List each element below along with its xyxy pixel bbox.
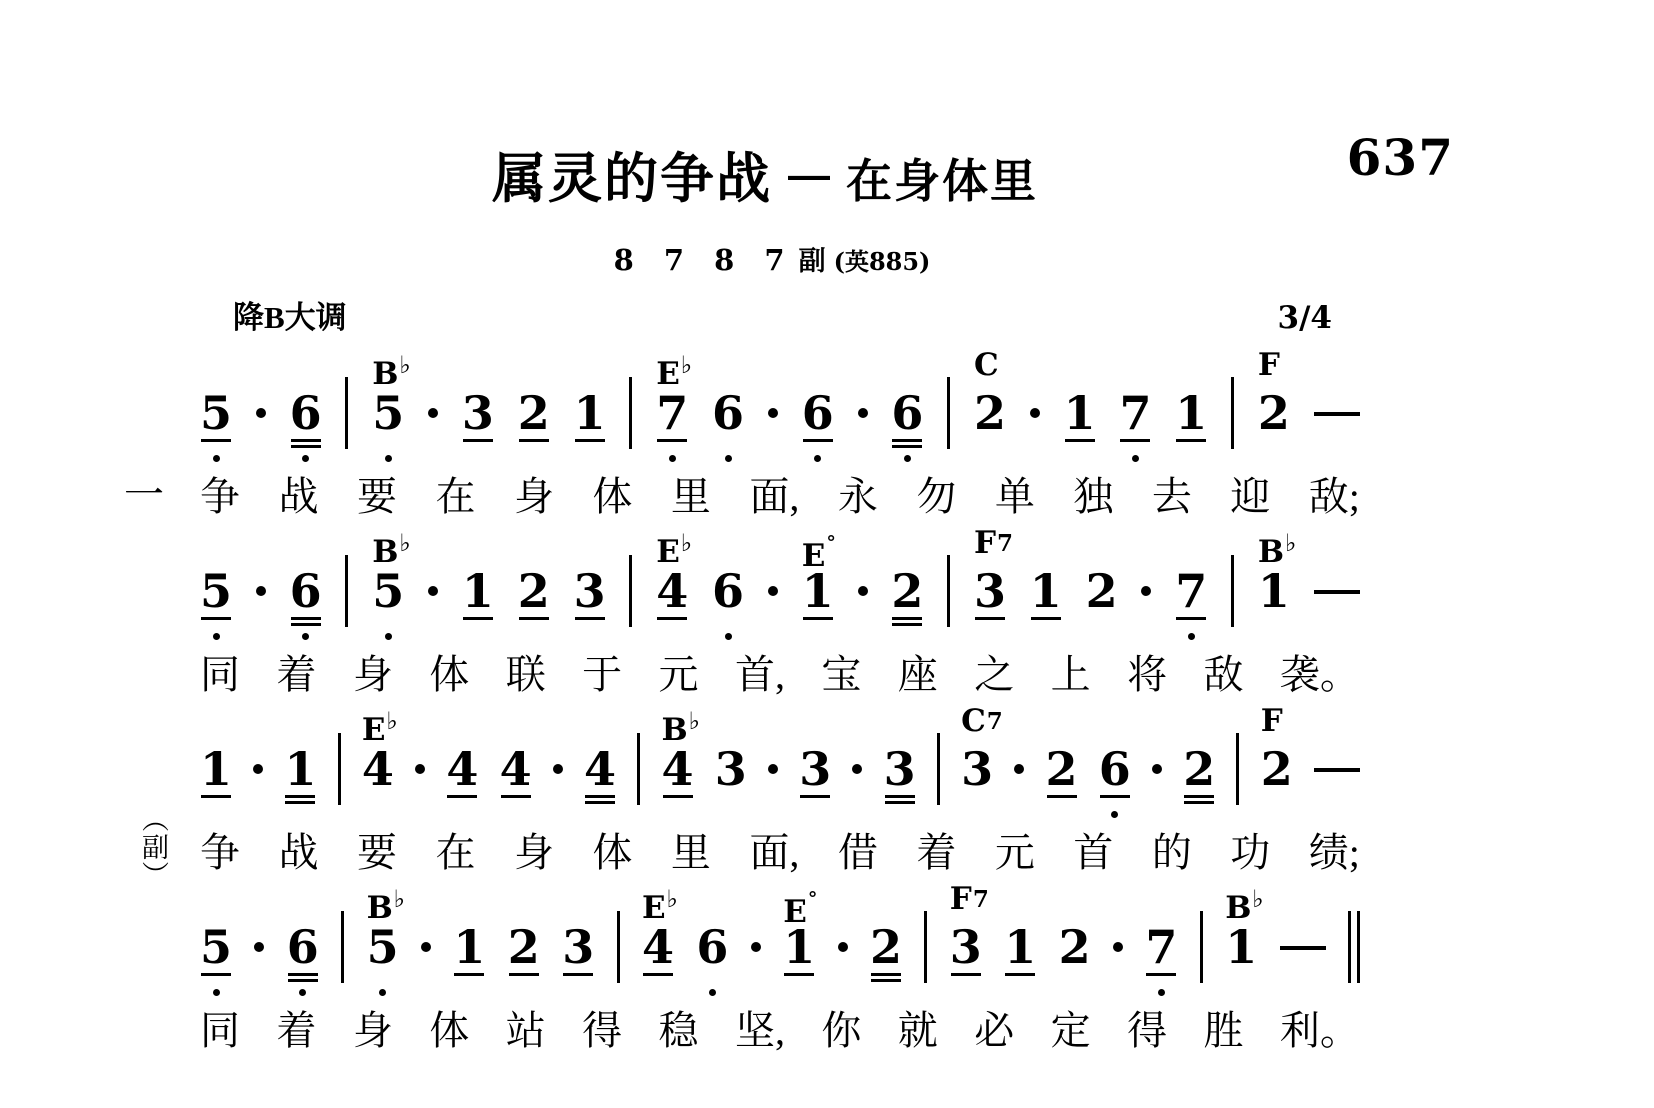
note: 3 <box>574 523 606 643</box>
underlines <box>463 439 493 453</box>
barline-line <box>338 733 341 805</box>
chord-seventh: 7 <box>973 886 989 913</box>
chord-root: B <box>1258 534 1284 570</box>
note-row: 56B♭5123E♭46E°12F73127B♭1 <box>200 879 1360 999</box>
underline <box>447 795 477 798</box>
underline <box>201 439 231 442</box>
chord-root: C <box>961 703 986 739</box>
rhythm-dot <box>254 879 264 952</box>
underline <box>951 973 981 976</box>
underline <box>454 973 484 976</box>
underlines <box>1047 795 1077 809</box>
note-digit: 2 <box>1261 745 1293 793</box>
note-digit: 2 <box>518 389 550 437</box>
octave-dots <box>299 987 306 999</box>
underlines <box>501 795 531 809</box>
dot-glyph <box>553 764 563 774</box>
octave-dot <box>725 455 732 462</box>
rhythm-dot <box>768 701 778 774</box>
underlines <box>201 973 231 987</box>
barline <box>341 879 344 983</box>
refrain-label: 副 <box>799 246 826 276</box>
underlines <box>657 617 687 631</box>
lyric-syllable: 同 <box>200 1005 240 1057</box>
chord-flat-icon: ♭ <box>399 351 410 379</box>
note: 2 <box>1046 701 1078 821</box>
lyric-syllable: 去 <box>1152 471 1192 523</box>
note: 7 <box>1145 879 1177 999</box>
lyric-syllable: 体 <box>429 1005 469 1057</box>
chord-root: E <box>362 712 386 748</box>
final-barline <box>1348 879 1360 983</box>
underlines <box>1176 617 1206 631</box>
note-digit: 3 <box>715 745 747 793</box>
dot-glyph <box>256 586 266 596</box>
note: 2 <box>870 879 902 999</box>
rhythm-dot <box>1030 345 1040 418</box>
music-system-2: 56B♭5123E♭46E°12F73127B♭1同着身体联于元首,宝座之上将敌… <box>0 523 1654 701</box>
lyric-syllable: 争 <box>200 471 240 523</box>
note: E♭7 <box>656 345 688 465</box>
chord-label: F <box>1261 701 1283 741</box>
note-digit: 6 <box>696 923 728 971</box>
duration-dash <box>1314 523 1360 594</box>
chord-root: F <box>950 881 972 917</box>
dot-glyph <box>428 586 438 596</box>
octave-dots <box>725 631 732 643</box>
underlines <box>800 795 830 809</box>
barline-line <box>1231 377 1234 449</box>
barline <box>1231 345 1234 449</box>
dot-glyph <box>768 586 778 596</box>
chord-label: E♭ <box>656 523 692 572</box>
barline <box>617 879 620 983</box>
note: E♭4 <box>362 701 394 821</box>
octave-dots <box>1132 453 1139 465</box>
barline <box>947 523 950 627</box>
chord-label: B♭ <box>372 523 411 572</box>
lyric-syllable: 面, <box>749 471 799 523</box>
underlines <box>288 973 318 987</box>
octave-dots <box>725 453 732 465</box>
note-digit: 5 <box>200 923 232 971</box>
chord-root: B <box>367 890 393 926</box>
lyric-syllable: 将 <box>1127 649 1167 701</box>
octave-dot <box>814 455 821 462</box>
note-digit: 1 <box>284 745 316 793</box>
underline <box>519 617 549 620</box>
lyric-syllable: 体 <box>592 827 632 879</box>
underlines <box>892 439 922 453</box>
note: 1 <box>1175 345 1207 465</box>
octave-dots <box>379 987 386 999</box>
title-main: 属灵的争战 <box>492 149 772 209</box>
note: 6 <box>1099 701 1131 821</box>
underline <box>784 973 814 976</box>
chord-flat-icon: ♭ <box>387 707 398 735</box>
underlines <box>463 617 493 631</box>
lyric-syllable: 着 <box>916 827 956 879</box>
underlines <box>575 617 605 631</box>
underline <box>1005 973 1035 976</box>
underline <box>800 795 830 798</box>
chord-flat-icon: ♭ <box>689 707 700 735</box>
octave-dot <box>709 989 716 996</box>
note-digit: 3 <box>799 745 831 793</box>
octave-dot <box>1188 633 1195 640</box>
underline <box>1176 439 1206 442</box>
lyric-syllable: 上 <box>1051 649 1091 701</box>
lyric-syllable: 于 <box>582 649 622 701</box>
rhythm-dot <box>1141 523 1151 596</box>
rhythm-dot <box>256 523 266 596</box>
note-digit: 6 <box>290 567 322 615</box>
chord-flat-icon: ♭ <box>681 529 692 557</box>
octave-dots <box>1111 809 1118 821</box>
note: 4 <box>446 701 478 821</box>
lyric-syllable: 之 <box>974 649 1014 701</box>
note-digit: 2 <box>1046 745 1078 793</box>
barline-line <box>345 555 348 627</box>
note: 3 <box>562 879 594 999</box>
note: 6 <box>891 345 923 465</box>
lyric-syllable: 就 <box>898 1005 938 1057</box>
lyric-syllable: 首, <box>735 649 785 701</box>
dot-glyph <box>768 764 778 774</box>
chord-root: E <box>783 894 807 930</box>
underline <box>463 439 493 442</box>
underline <box>201 795 231 798</box>
chord-label: E♭ <box>642 879 678 928</box>
rhythm-dot <box>768 345 778 418</box>
underlines <box>509 973 539 987</box>
note-digit: 3 <box>974 567 1006 615</box>
note: C73 <box>961 701 993 821</box>
barline <box>947 345 950 449</box>
lyric-syllable: 里 <box>671 471 711 523</box>
chord-label: F7 <box>950 879 989 920</box>
underlines <box>585 795 615 809</box>
lyric-syllable: 在 <box>435 471 475 523</box>
dot-glyph <box>768 408 778 418</box>
dot-glyph <box>253 764 263 774</box>
note: F2 <box>1258 345 1290 465</box>
chord-root: F <box>1258 347 1280 383</box>
chord-flat-icon: ♭ <box>667 885 678 913</box>
underline <box>519 439 549 442</box>
note-digit: 2 <box>891 567 923 615</box>
underline <box>1184 795 1214 798</box>
underline <box>885 795 915 798</box>
underline <box>585 795 615 798</box>
note: 1 <box>574 345 606 465</box>
barline <box>629 523 632 627</box>
note-row: 56B♭5321E♭7666C2171F2 <box>200 345 1360 465</box>
chord-flat-icon: ♭ <box>394 885 405 913</box>
note-digit: 5 <box>367 923 399 971</box>
note: E♭4 <box>642 879 674 999</box>
chord-label: E° <box>802 523 836 576</box>
underlines <box>892 617 922 631</box>
chord-root: E <box>642 890 666 926</box>
note: B♭1 <box>1225 879 1257 999</box>
note: 1 <box>1030 523 1062 643</box>
lyric-syllable: 迎 <box>1230 471 1270 523</box>
lyric-syllable: 体 <box>592 471 632 523</box>
chord-root: B <box>372 356 398 392</box>
rhythm-dot <box>1152 701 1162 774</box>
rhythm-dot <box>858 345 868 418</box>
underlines <box>871 973 901 987</box>
lyric-syllable: 敌; <box>1309 471 1360 523</box>
chord-label: B♭ <box>372 345 411 394</box>
underline <box>285 795 315 798</box>
dash-glyph <box>1314 768 1360 772</box>
barline-line <box>924 911 927 983</box>
lyric-syllable: 功 <box>1230 827 1270 879</box>
chord-root: B <box>372 534 398 570</box>
chord-diminished-icon: ° <box>808 888 818 910</box>
hymn-sheet-page: { "colors": { "ink": "#000000", "paper":… <box>0 0 1654 1108</box>
note: 2 <box>1086 523 1118 643</box>
octave-dot <box>302 633 309 640</box>
lyric-syllable: 元 <box>995 827 1035 879</box>
note: 7 <box>1119 345 1151 465</box>
underline <box>975 617 1005 620</box>
underlines <box>575 439 605 453</box>
note: 3 <box>715 701 747 821</box>
note-digit: 5 <box>200 567 232 615</box>
underline <box>663 795 693 798</box>
underlines <box>201 439 231 453</box>
underline <box>871 979 901 982</box>
underlines <box>951 973 981 987</box>
octave-dot <box>1158 989 1165 996</box>
note-digit: 2 <box>1258 389 1290 437</box>
octave-dots <box>385 631 392 643</box>
chord-label: E° <box>783 879 817 932</box>
barline-line <box>341 911 344 983</box>
underlines <box>885 795 915 809</box>
lyric-syllable: 绩; <box>1309 827 1360 879</box>
underlines <box>1120 439 1150 453</box>
octave-dots <box>709 987 716 999</box>
rhythm-dot <box>421 879 431 952</box>
underlines <box>447 795 477 809</box>
rhythm-dot <box>768 523 778 596</box>
lyric-row: 同着身体联于元首,宝座之上将敌袭。 <box>200 649 1360 701</box>
dot-glyph <box>415 764 425 774</box>
chord-diminished-icon: ° <box>826 532 836 554</box>
lyric-syllable: 身 <box>353 1005 393 1057</box>
lyric-syllable: 胜 <box>1203 1005 1243 1057</box>
lyric-syllable: 战 <box>278 827 318 879</box>
underline <box>1100 795 1130 798</box>
underline <box>1065 439 1095 442</box>
underline <box>575 617 605 620</box>
lyric-syllable: 必 <box>974 1005 1014 1057</box>
note: 3 <box>884 701 916 821</box>
octave-dot <box>669 455 676 462</box>
underlines <box>285 795 315 809</box>
barline-line <box>345 377 348 449</box>
note: 5 <box>200 345 232 465</box>
note-digit: 3 <box>961 745 993 793</box>
rhythm-dot <box>751 879 761 952</box>
note-digit: 1 <box>1258 567 1290 615</box>
barline-line <box>1348 911 1351 983</box>
note-digit: 3 <box>562 923 594 971</box>
note-digit: 6 <box>891 389 923 437</box>
octave-dots <box>385 453 392 465</box>
note-digit: 6 <box>1099 745 1131 793</box>
rhythm-dot <box>838 879 848 952</box>
chord-label: B♭ <box>662 701 701 750</box>
note: 3 <box>799 701 831 821</box>
lyric-syllable: 着 <box>276 1005 316 1057</box>
underlines <box>563 973 593 987</box>
chord-seventh: 7 <box>997 530 1013 557</box>
rhythm-dot <box>428 345 438 418</box>
underlines <box>663 795 693 809</box>
note: 1 <box>462 523 494 643</box>
chord-flat-icon: ♭ <box>1285 529 1296 557</box>
underline <box>288 973 318 976</box>
barline-line <box>637 733 640 805</box>
rhythm-dot <box>256 345 266 418</box>
rhythm-dot <box>1113 879 1123 952</box>
underlines <box>1100 795 1130 809</box>
chord-label: F7 <box>974 523 1013 564</box>
underline <box>1031 617 1061 620</box>
note-digit: 6 <box>287 923 319 971</box>
note-digit: 2 <box>1059 923 1091 971</box>
underlines <box>291 617 321 631</box>
lyric-syllable: 的 <box>1152 827 1192 879</box>
lyric-syllable: 得 <box>582 1005 622 1057</box>
chord-root: E <box>656 356 680 392</box>
dot-glyph <box>256 408 266 418</box>
note-digit: 5 <box>372 389 404 437</box>
note-digit: 6 <box>290 389 322 437</box>
octave-dot <box>213 455 220 462</box>
lyric-syllable: 同 <box>200 649 240 701</box>
barline-line <box>1236 733 1239 805</box>
meter-line: 8 7 8 7副(英885) <box>0 239 1599 278</box>
lyric-syllable: 敌 <box>1203 649 1243 701</box>
note: 5 <box>200 879 232 999</box>
note: 2 <box>508 879 540 999</box>
note: 6 <box>290 523 322 643</box>
dot-glyph <box>1152 764 1162 774</box>
underline <box>585 801 615 804</box>
underlines <box>643 973 673 987</box>
lyric-row: 争战要在身体里面,借着元首的功绩; <box>200 827 1360 879</box>
underlines <box>1005 973 1035 987</box>
lyric-syllable: 独 <box>1073 471 1113 523</box>
barline-line <box>947 377 950 449</box>
duration-dash <box>1314 701 1360 772</box>
note-digit: 3 <box>884 745 916 793</box>
octave-dot <box>904 455 911 462</box>
underlines <box>201 795 231 809</box>
duration-dash <box>1314 345 1360 416</box>
lyric-row: 同着身体站得稳坚,你就必定得胜利。 <box>200 1005 1360 1057</box>
octave-dot <box>385 633 392 640</box>
lyric-syllable: 身 <box>514 827 554 879</box>
dash-glyph <box>1280 946 1326 950</box>
octave-dot <box>385 455 392 462</box>
octave-dots <box>904 453 911 465</box>
octave-dot <box>213 633 220 640</box>
note: 1 <box>453 879 485 999</box>
note-digit: 2 <box>518 567 550 615</box>
note-digit: 3 <box>462 389 494 437</box>
dot-glyph <box>838 942 848 952</box>
dot-glyph <box>254 942 264 952</box>
lyric-syllable: 在 <box>435 827 475 879</box>
note: 4 <box>584 701 616 821</box>
chord-flat-icon: ♭ <box>1252 885 1263 913</box>
underline <box>463 617 493 620</box>
underline <box>892 445 922 448</box>
note: B♭5 <box>367 879 399 999</box>
underline <box>803 617 833 620</box>
note: E♭4 <box>656 523 688 643</box>
note-digit: 7 <box>656 389 688 437</box>
note-digit: 5 <box>372 567 404 615</box>
note: 1 <box>200 701 232 821</box>
note: 2 <box>891 523 923 643</box>
note: B♭1 <box>1258 523 1290 643</box>
underlines <box>454 973 484 987</box>
note-digit: 6 <box>712 567 744 615</box>
octave-dots <box>213 987 220 999</box>
octave-dots <box>669 453 676 465</box>
chord-root: F <box>1261 703 1283 739</box>
lyric-syllable: 定 <box>1051 1005 1091 1057</box>
title-subtitle: 在身体里 <box>846 155 1038 207</box>
barline-line <box>1231 555 1234 627</box>
underlines <box>784 973 814 987</box>
note-digit: 4 <box>662 745 694 793</box>
note: B♭5 <box>372 345 404 465</box>
note-row: 56B♭5123E♭46E°12F73127B♭1 <box>200 523 1360 643</box>
lyric-syllable: 里 <box>671 827 711 879</box>
underlines <box>519 439 549 453</box>
note-digit: 1 <box>1064 389 1096 437</box>
barline <box>1200 879 1203 983</box>
chord-label: C <box>974 345 999 385</box>
octave-dot <box>1132 455 1139 462</box>
note-digit: 1 <box>1225 923 1257 971</box>
underline <box>291 617 321 620</box>
note-digit: 2 <box>508 923 540 971</box>
note: 2 <box>518 523 550 643</box>
dot-glyph <box>1014 764 1024 774</box>
underlines <box>803 439 833 453</box>
lyric-syllable: 你 <box>821 1005 861 1057</box>
note-row: 11E♭4444B♭4333C73262F2 <box>200 701 1360 821</box>
barline-line <box>1200 911 1203 983</box>
underlines <box>1065 439 1095 453</box>
dot-glyph <box>751 942 761 952</box>
underline <box>1047 795 1077 798</box>
english-reference: (英885) <box>834 247 931 276</box>
barline-line <box>1357 911 1360 983</box>
note-digit: 5 <box>200 389 232 437</box>
underlines <box>519 617 549 631</box>
